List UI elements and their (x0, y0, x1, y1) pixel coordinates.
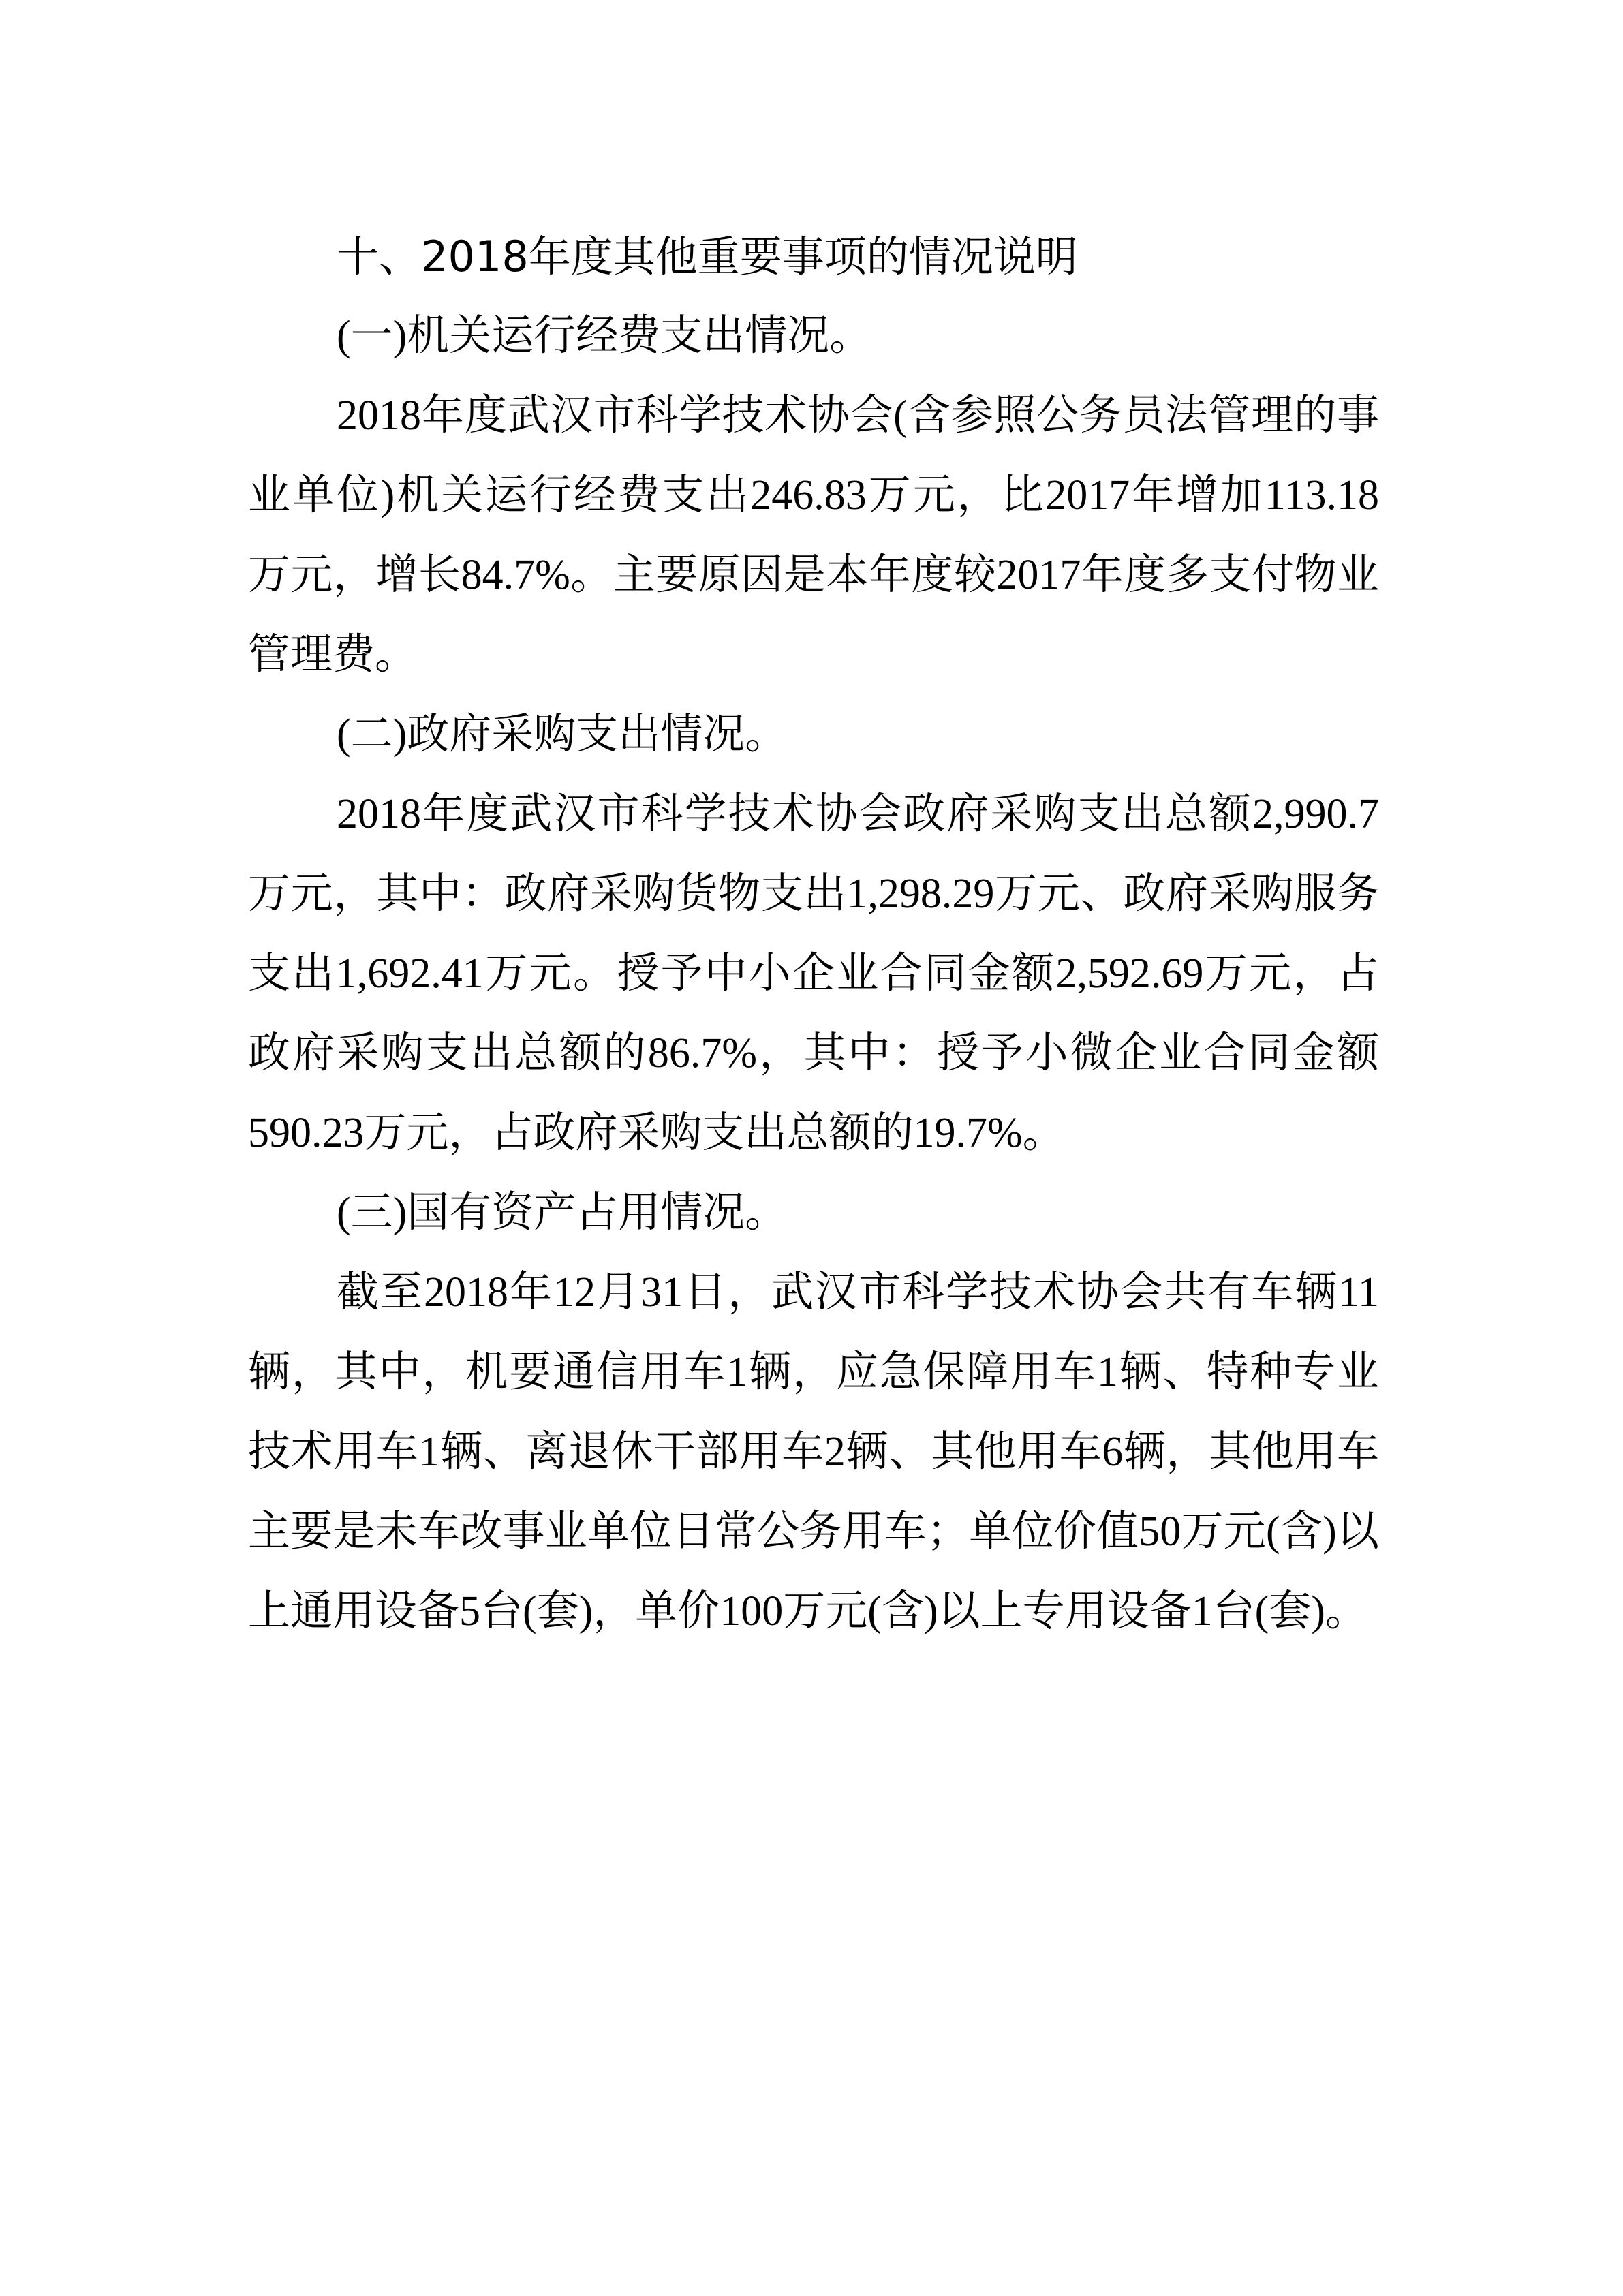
paragraph-operating-expenses: 2018年度武汉市科学技术协会(含参照公务员法管理的事业单位)机关运行经费支出2… (248, 376, 1379, 695)
subsection-heading-2: (二)政府采购支出情况。 (248, 695, 1379, 775)
subsection-heading-1: (一)机关运行经费支出情况。 (248, 296, 1379, 376)
paragraph-procurement: 2018年度武汉市科学技术协会政府采购支出总额2,990.7万元，其中：政府采购… (248, 775, 1379, 1173)
paragraph-state-assets: 截至2018年12月31日，武汉市科学技术协会共有车辆11辆，其中，机要通信用车… (248, 1253, 1379, 1651)
document-content: 十、2018年度其他重要事项的情况说明 (一)机关运行经费支出情况。 2018年… (248, 217, 1379, 1651)
section-title: 十、2018年度其他重要事项的情况说明 (248, 217, 1379, 296)
subsection-heading-3: (三)国有资产占用情况。 (248, 1173, 1379, 1253)
document-page: 十、2018年度其他重要事项的情况说明 (一)机关运行经费支出情况。 2018年… (0, 0, 1623, 2296)
